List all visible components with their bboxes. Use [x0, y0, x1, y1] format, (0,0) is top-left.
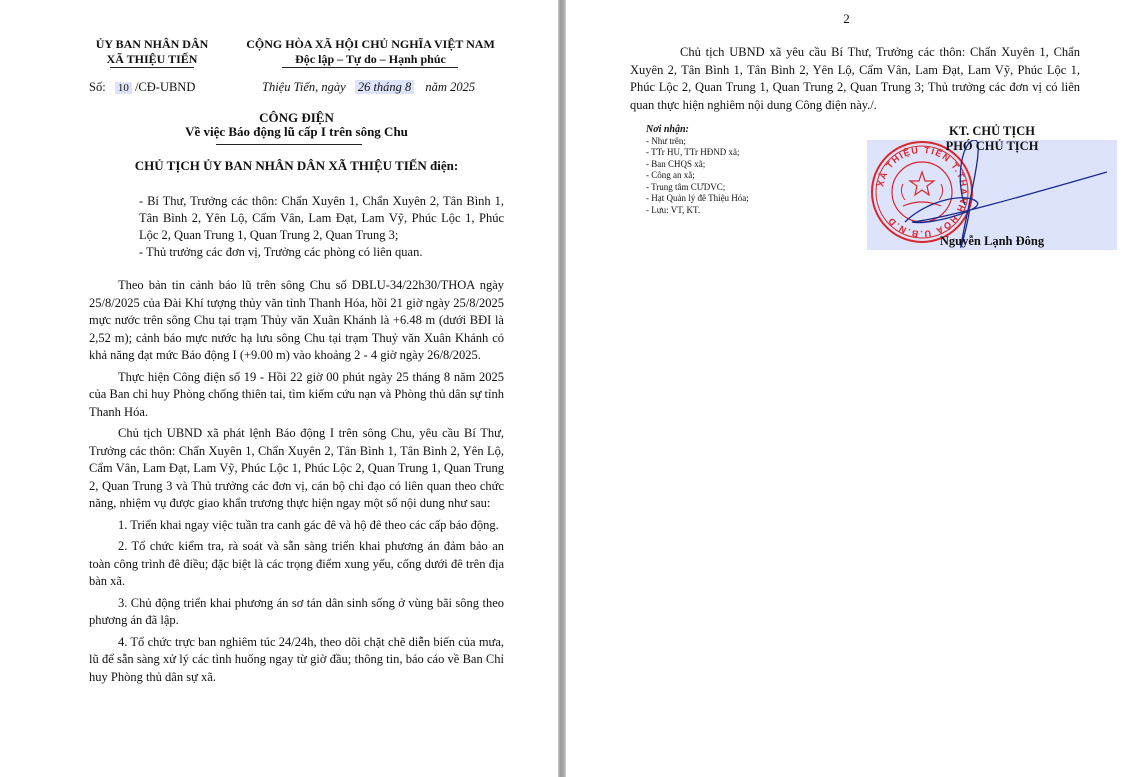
body-paragraph: Chủ tịch UBND xã yêu cầu Bí Thư, Trưởng … [630, 44, 1080, 114]
recipient-entry: - Ban CHQS xã; [646, 159, 836, 171]
recipient-entry: - Trung tâm CƯDVC; [646, 182, 836, 194]
agency-line-1: ỦY BAN NHÂN DÂN [82, 37, 222, 52]
date-prefix: Thiệu Tiến, ngày [262, 80, 346, 94]
issuing-agency: ỦY BAN NHÂN DÂN XÃ THIỆU TIẾN [82, 37, 222, 67]
nation-line-2: Độc lập – Tự do – Hạnh phúc [233, 52, 508, 67]
subject-underline [216, 144, 362, 145]
closing-paragraph: Chủ tịch UBND xã yêu cầu Bí Thư, Trưởng … [630, 44, 1080, 118]
page-number: 2 [566, 11, 1127, 27]
body-paragraph: Thực hiện Công điện số 19 - Hồi 22 giờ 0… [89, 369, 504, 422]
date-value[interactable]: 26 tháng 8 [355, 80, 414, 94]
agency-underline [110, 67, 194, 68]
recipient-entry: - Như trên; [646, 136, 836, 148]
sign-title-line-2: PHÓ CHỦ TỊCH [867, 139, 1117, 154]
number-value[interactable]: 10 [115, 82, 132, 94]
document-date: Thiệu Tiến, ngày 26 tháng 8 năm 2025 [262, 80, 475, 95]
page-separator [558, 0, 566, 777]
date-suffix: năm 2025 [425, 80, 475, 94]
sender-line: CHỦ TỊCH ỦY BAN NHÂN DÂN XÃ THIỆU TIẾN đ… [89, 158, 504, 174]
task-item: 3. Chủ động triển khai phương án sơ tán … [89, 595, 504, 630]
document-page-1: ỦY BAN NHÂN DÂN XÃ THIỆU TIẾN CỘNG HÒA X… [0, 0, 558, 777]
nation-underline [282, 67, 458, 68]
recipients-block: Nơi nhận: - Như trên; - TTr HU, TTr HĐND… [646, 124, 836, 216]
agency-line-2: XÃ THIỆU TIẾN [82, 52, 222, 67]
task-item: 1. Triển khai ngay việc tuần tra canh gá… [89, 517, 504, 535]
task-item: 2. Tổ chức kiểm tra, rà soát và sẵn sàng… [89, 538, 504, 591]
nation-line-1: CỘNG HÒA XÃ HỘI CHỦ NGHĨA VIỆT NAM [233, 37, 508, 52]
svg-text:XÃ THIỆU TIẾN T.THANH HÓA U.B.: XÃ THIỆU TIẾN T.THANH HÓA U.B.N.D [875, 145, 969, 239]
document-page-2: 2 Chủ tịch UBND xã yêu cầu Bí Thư, Trưởn… [566, 0, 1127, 777]
document-body: Theo bản tin cảnh báo lũ trên sông Chu s… [89, 277, 504, 690]
signer-name: Nguyễn Lạnh Đông [867, 234, 1117, 249]
number-label: Số: [89, 80, 106, 94]
document-number: Số: 10 /CĐ-UBND [89, 80, 195, 95]
recipient-item: - Bí Thư, Trưởng các thôn: Chẩn Xuyên 1,… [139, 193, 504, 244]
recipient-item: - Thủ trưởng các đơn vị, Trưởng các phòn… [139, 244, 504, 261]
task-item: 4. Tổ chức trực ban nghiêm túc 24/24h, t… [89, 634, 504, 687]
document-subject: Về việc Báo động lũ cấp I trên sông Chu [89, 124, 504, 140]
national-header: CỘNG HÒA XÃ HỘI CHỦ NGHĨA VIỆT NAM Độc l… [233, 37, 508, 67]
recipient-entry: - Hạt Quản lý đê Thiệu Hóa; [646, 193, 836, 205]
body-paragraph: Chủ tịch UBND xã phát lệnh Báo động I tr… [89, 425, 504, 513]
recipients-title: Nơi nhận: [646, 124, 836, 136]
signature-title: KT. CHỦ TỊCH PHÓ CHỦ TỊCH [867, 124, 1117, 154]
recipient-entry: - Lưu: VT, KT. [646, 205, 836, 217]
recipients-list: - Bí Thư, Trưởng các thôn: Chẩn Xuyên 1,… [139, 193, 504, 261]
sign-title-line-1: KT. CHỦ TỊCH [867, 124, 1117, 139]
recipient-entry: - TTr HU, TTr HĐND xã; [646, 147, 836, 159]
recipient-entry: - Công an xã; [646, 170, 836, 182]
number-suffix: /CĐ-UBND [135, 80, 195, 94]
body-paragraph: Theo bản tin cảnh báo lũ trên sông Chu s… [89, 277, 504, 365]
